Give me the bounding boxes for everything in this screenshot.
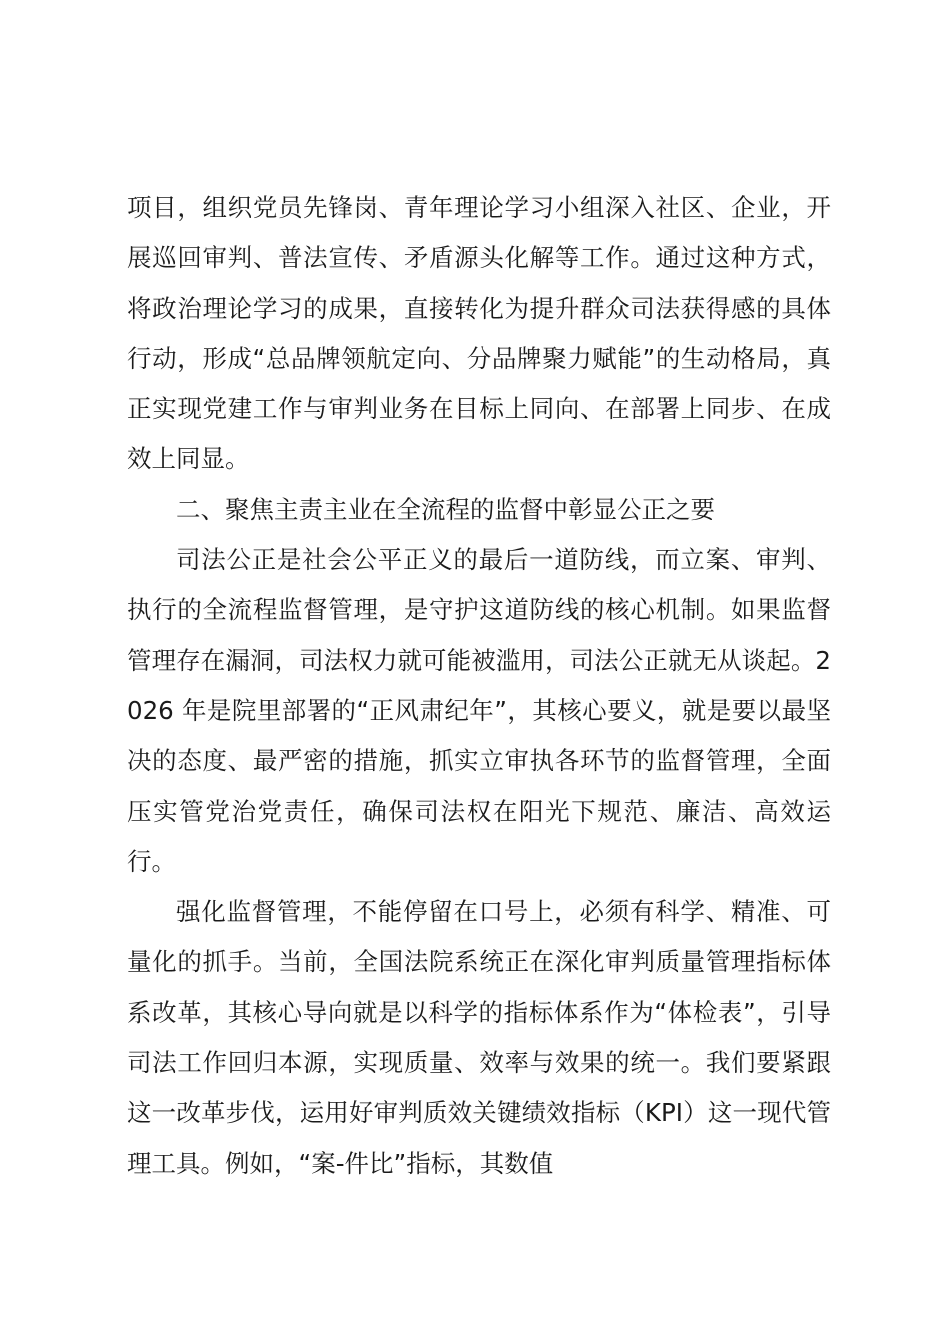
paragraph: 司法公正是社会公平正义的最后一道防线，而立案、审判、执行的全流程监督管理，是守护… <box>127 535 831 887</box>
section-heading: 二、聚焦主责主业在全流程的监督中彰显公正之要 <box>127 485 831 535</box>
paragraph-continuation: 项目，组织党员先锋岗、青年理论学习小组深入社区、企业，开展巡回审判、普法宣传、矛… <box>127 183 831 485</box>
paragraph: 强化监督管理，不能停留在口号上，必须有科学、精准、可量化的抓手。当前，全国法院系… <box>127 887 831 1189</box>
document-page: 项目，组织党员先锋岗、青年理论学习小组深入社区、企业，开展巡回审判、普法宣传、矛… <box>127 183 831 1189</box>
